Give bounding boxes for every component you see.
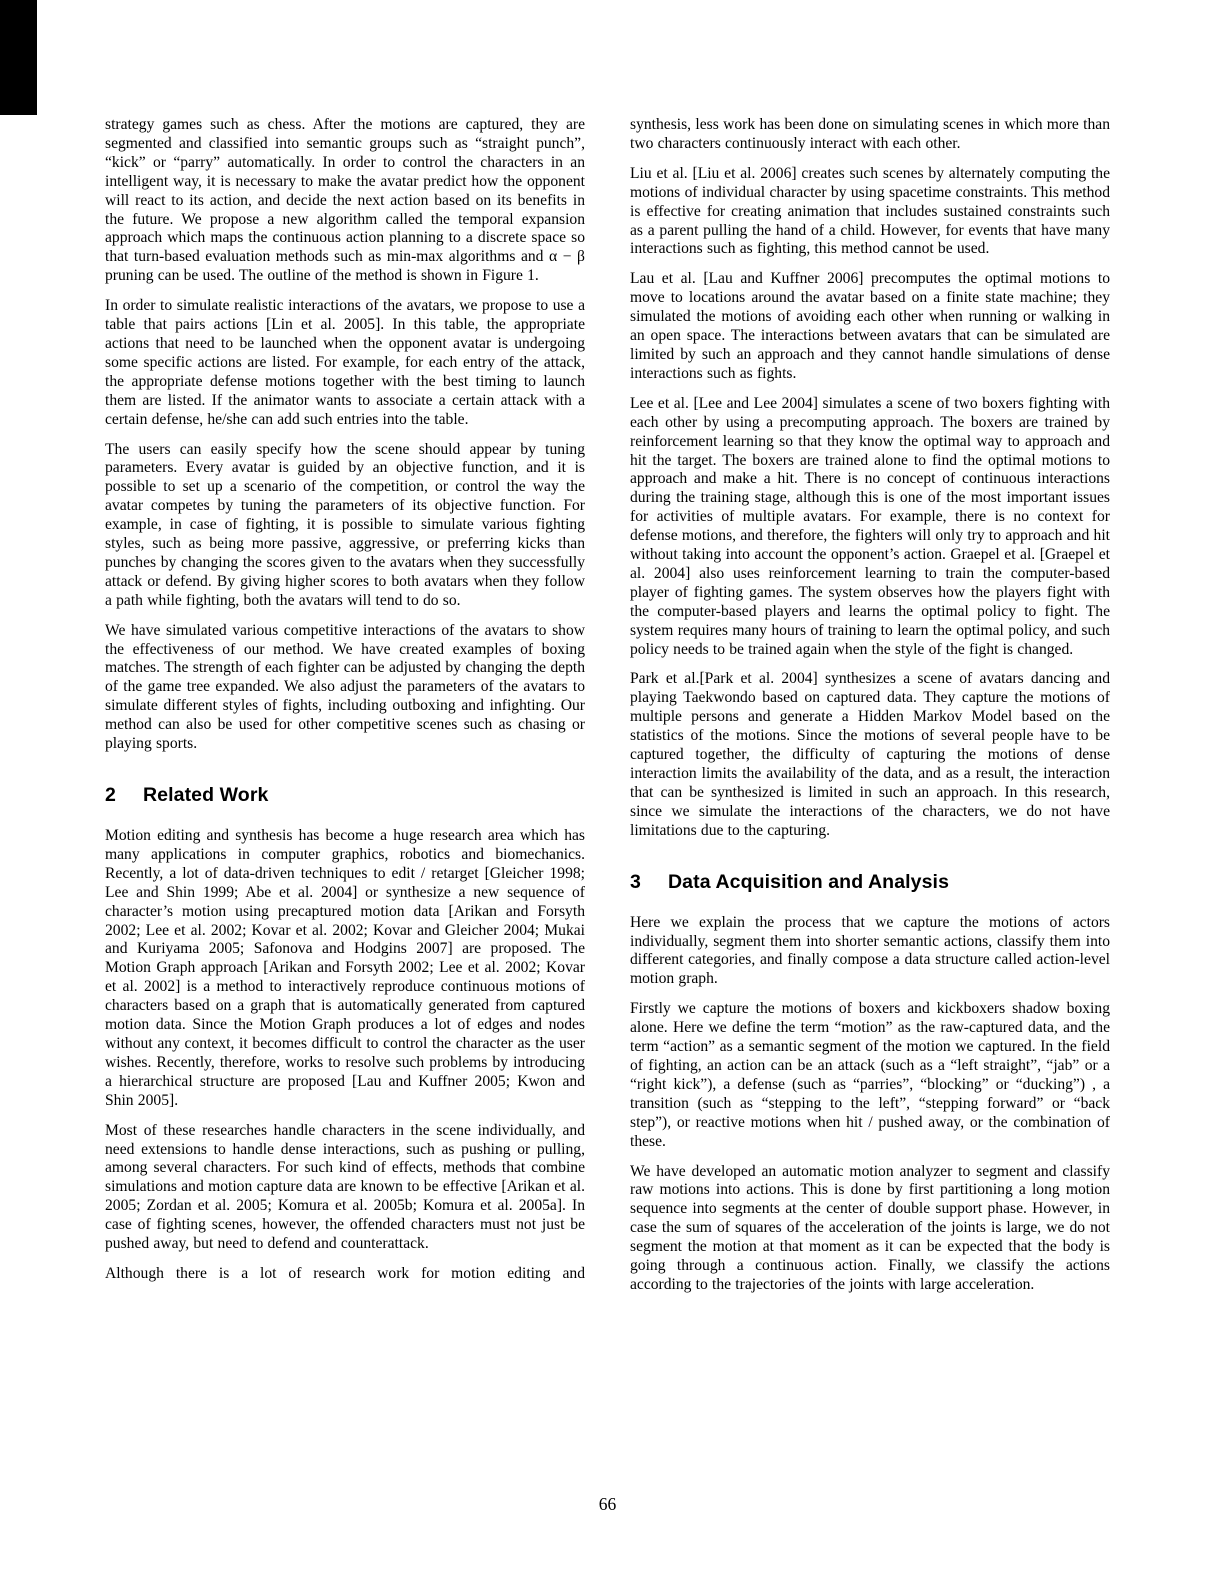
- left-column: strategy games such as chess. After the …: [105, 116, 585, 1306]
- paragraph: Motion editing and synthesis has become …: [105, 827, 585, 1111]
- paragraph: strategy games such as chess. After the …: [105, 116, 585, 286]
- paragraph: Here we explain the process that we capt…: [630, 914, 1110, 990]
- paragraph: Most of these researches handle characte…: [105, 1122, 585, 1254]
- section-number: 2: [105, 784, 143, 806]
- section-title: Related Work: [143, 784, 268, 806]
- paragraph: synthesis, less work has been done on si…: [630, 116, 1110, 154]
- paragraph: Park et al.[Park et al. 2004] synthesize…: [630, 670, 1110, 840]
- paragraph: Liu et al. [Liu et al. 2006] creates suc…: [630, 165, 1110, 260]
- paper-page: { "page": { "number": "66" }, "columns":…: [0, 0, 1224, 1584]
- paragraph: Lau et al. [Lau and Kuffner 2006] precom…: [630, 270, 1110, 383]
- paragraph: In order to simulate realistic interacti…: [105, 297, 585, 429]
- paragraph: Lee et al. [Lee and Lee 2004] simulates …: [630, 395, 1110, 660]
- paragraph: Although there is a lot of research work…: [105, 1265, 585, 1284]
- section-heading-data-acquisition: 3Data Acquisition and Analysis: [630, 871, 1110, 893]
- scan-edge-artifact: [0, 0, 37, 115]
- paragraph: We have developed an automatic motion an…: [630, 1163, 1110, 1295]
- section-heading-related-work: 2Related Work: [105, 784, 585, 806]
- page-body: strategy games such as chess. After the …: [105, 116, 1110, 1306]
- section-title: Data Acquisition and Analysis: [668, 871, 949, 893]
- paragraph: We have simulated various competitive in…: [105, 622, 585, 754]
- paragraph: The users can easily specify how the sce…: [105, 441, 585, 611]
- section-number: 3: [630, 871, 668, 893]
- paragraph: Firstly we capture the motions of boxers…: [630, 1000, 1110, 1151]
- page-number: 66: [105, 1494, 1110, 1515]
- right-column: synthesis, less work has been done on si…: [630, 116, 1110, 1306]
